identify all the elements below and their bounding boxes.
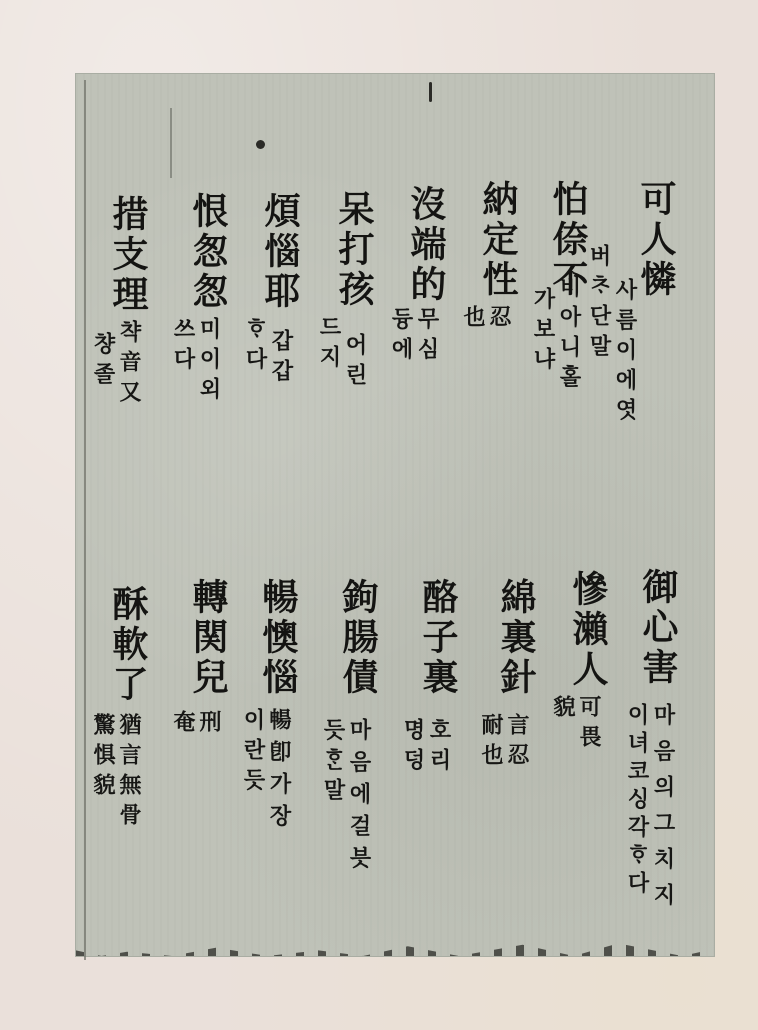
entry-headword: 恨怱怱 (188, 192, 228, 312)
gloss-line-right: 刑 (196, 710, 220, 740)
entry-bottom-7: 轉関兒 刑 奄 (170, 578, 228, 740)
gloss-line-right: 마음의그치지 (650, 703, 674, 919)
entry-headword: 暢懊惱 (258, 578, 298, 698)
entry-headword: 煩惱耶 (260, 192, 300, 312)
entry-top-3: 納定性 忍 也 (460, 180, 518, 335)
entry-headword: 轉関兒 (188, 578, 228, 698)
gloss-line-left: 쓰다 (170, 317, 194, 407)
entry-gloss: 마음의그치지 이녀코싱각ᄒᆞ다 (624, 703, 674, 919)
gloss-line-left: 驚惧貌 (90, 713, 114, 833)
entry-top-1: 可人憐 사름이에엿 버ᄎᆞ단말 (586, 180, 676, 428)
page-left-rule (84, 80, 86, 960)
entry-headword: 鉤腸債 (338, 578, 378, 698)
gloss-line-left: 耐也 (478, 713, 502, 773)
gloss-line-right: 갑갑 (268, 329, 292, 389)
gloss-line-right: 어린 (342, 333, 366, 393)
entry-headword: 酪子裏 (418, 578, 458, 698)
entry-headword: 御心害 (638, 568, 678, 688)
gloss-line-right: 忍 (486, 305, 510, 335)
gloss-line-right: 챡音又 (116, 320, 140, 410)
entry-top-8: 措支理 챡音又 챵졸 (90, 195, 148, 410)
gloss-line-left: 듯ᄒᆞᆫ말 (320, 718, 344, 878)
ink-blot (256, 140, 265, 149)
entry-gloss: 갑갑 ᄒᆞ다 (242, 317, 292, 389)
entry-gloss: 言忍 耐也 (478, 713, 528, 773)
entry-gloss: 마음에걸븟 듯ᄒᆞᆫ말 (320, 718, 370, 878)
gloss-line-left: 듕에 (388, 307, 412, 367)
entry-bottom-5: 鉤腸債 마음에걸븟 듯ᄒᆞᆫ말 (320, 578, 378, 878)
entry-headword: 納定性 (478, 180, 518, 300)
entry-gloss: 可畏 貌 (550, 695, 600, 755)
entry-headword: 慘瀨人 (568, 570, 608, 690)
entry-gloss: 호리 명덩 (400, 718, 450, 778)
gloss-line-right: 可畏 (576, 695, 600, 755)
gloss-line-left: 이녀코싱각ᄒᆞ다 (624, 703, 648, 919)
entry-top-7: 恨怱怱 미이외 쓰다 (170, 192, 228, 407)
gloss-line-right: 暢卽가장 (266, 708, 290, 836)
gloss-line-left: 貌 (550, 695, 574, 755)
entry-bottom-8: 酥軟了 猶言無骨 驚惧貌 (90, 585, 148, 833)
entry-headword: 措支理 (108, 195, 148, 315)
gloss-line-right: 猶言無骨 (116, 713, 140, 833)
gloss-line-right: 사름이에엿 (612, 278, 636, 428)
entry-gloss: 미이외 쓰다 (170, 317, 220, 407)
entry-headword: 可人憐 (636, 180, 676, 300)
gloss-line-right: 마음에걸븟 (346, 718, 370, 878)
entry-headword: 沒端的 (406, 185, 446, 305)
entry-headword: 酥軟了 (108, 585, 148, 705)
gloss-line-left: 가보냐 (530, 287, 554, 395)
gloss-line-left: 이란듯 (240, 708, 264, 836)
entry-bottom-3: 綿裏針 言忍 耐也 (478, 578, 536, 773)
entry-gloss: 暢卽가장 이란듯 (240, 708, 290, 836)
entry-bottom-1: 御心害 마음의그치지 이녀코싱각ᄒᆞ다 (624, 568, 678, 919)
entry-bottom-4: 酪子裏 호리 명덩 (400, 578, 458, 778)
entry-headword: 呆打孩 (334, 190, 374, 310)
entry-headword: 怕倷不 (548, 180, 588, 300)
entry-gloss: 猶言無骨 驚惧貌 (90, 713, 140, 833)
entry-gloss: 사름이에엿 버ᄎᆞ단말 (586, 278, 636, 428)
entry-gloss: 챡音又 챵졸 (90, 320, 140, 410)
gloss-line-left: 버ᄎᆞ단말 (586, 244, 610, 428)
entry-top-5: 呆打孩 어린 드지 (316, 190, 374, 393)
gloss-line-right: 호리 (426, 718, 450, 778)
gloss-line-left: 챵졸 (90, 332, 114, 410)
gloss-line-left: 奄 (170, 710, 194, 740)
gloss-line-right: 言忍 (504, 713, 528, 773)
gloss-line-left: 명덩 (400, 718, 424, 778)
entry-gloss: 刑 奄 (170, 710, 220, 740)
ink-blot (429, 82, 432, 102)
entry-gloss: 무심 듕에 (388, 307, 438, 367)
entry-gloss: 忍 也 (460, 305, 510, 335)
gloss-line-right: 무심 (414, 307, 438, 367)
entry-top-2: 怕倷不 비아니홀 가보냐 (530, 180, 588, 395)
entry-headword: 綿裏針 (496, 578, 536, 698)
page-crease-mark (170, 108, 172, 178)
entry-top-6: 煩惱耶 갑갑 ᄒᆞ다 (242, 192, 300, 389)
entry-top-4: 沒端的 무심 듕에 (388, 185, 446, 367)
gloss-line-left: 也 (460, 305, 484, 335)
gloss-line-left: ᄒᆞ다 (242, 317, 266, 389)
entry-gloss: 어린 드지 (316, 315, 366, 393)
gloss-line-left: 드지 (316, 315, 340, 393)
entry-bottom-2: 慘瀨人 可畏 貌 (550, 570, 608, 755)
gloss-line-right: 미이외 (196, 317, 220, 407)
entry-bottom-6: 暢懊惱 暢卽가장 이란듯 (240, 578, 298, 836)
